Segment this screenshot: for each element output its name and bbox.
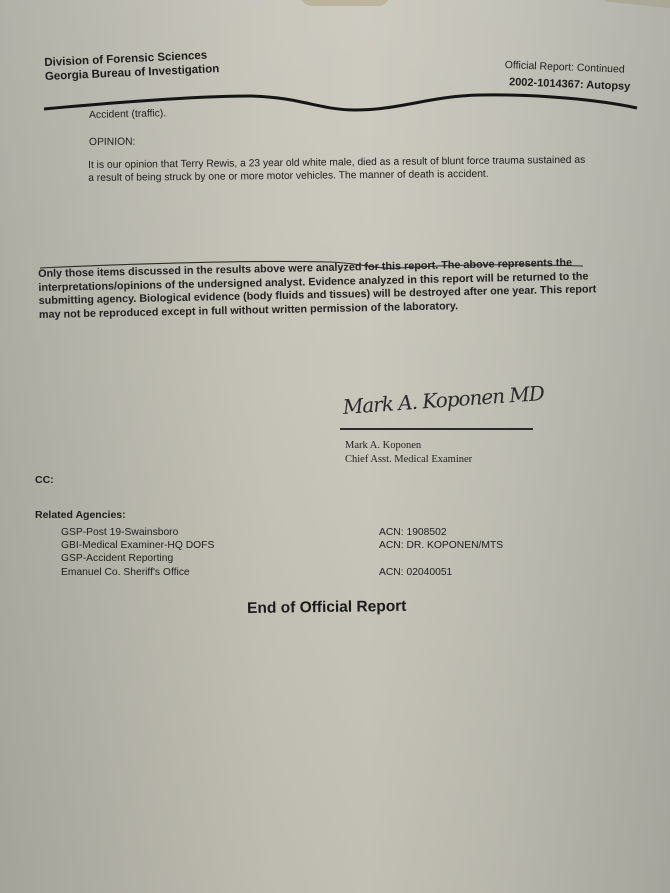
end-of-report: End of Official Report — [247, 598, 407, 618]
related-agencies-title: Related Agencies: — [35, 509, 126, 521]
tape-strip — [605, 0, 670, 9]
report-header: Official Report: Continued 2002-1014367:… — [504, 58, 631, 95]
cc-label: CC: — [35, 474, 54, 486]
agency-acn: ACN: 1908502 — [379, 526, 503, 539]
header-rule — [0, 0, 670, 893]
handwritten-signature: Mark A. Koponen MD — [342, 381, 545, 419]
cause-of-death: Accident (traffic). — [89, 108, 166, 122]
agency-acn — [379, 552, 503, 565]
examiner-block: Mark A. Koponen Chief Asst. Medical Exam… — [345, 439, 472, 466]
examiner-name: Mark A. Koponen — [345, 439, 472, 453]
lab-disclaimer: Only those items discussed in the result… — [38, 256, 599, 322]
agency-name: GSP-Accident Reporting — [61, 552, 214, 565]
opinion-heading: OPINION: — [89, 137, 135, 150]
agency-acn: ACN: 02040051 — [379, 566, 503, 579]
acn-list: ACN: 1908502 ACN: DR. KOPONEN/MTS ACN: 0… — [379, 526, 503, 579]
agency-name: GBI-Medical Examiner-HQ DOFS — [61, 539, 214, 552]
opinion-text: It is our opinion that Terry Rewis, a 23… — [88, 155, 588, 185]
agency-name: Emanuel Co. Sheriff's Office — [61, 566, 214, 579]
agency-acn: ACN: DR. KOPONEN/MTS — [379, 539, 503, 552]
agency-list: GSP-Post 19-Swainsboro GBI-Medical Exami… — [61, 526, 214, 579]
signature-line — [340, 428, 533, 430]
agency-header: Division of Forensic Sciences Georgia Bu… — [44, 48, 220, 84]
paper-lighting — [0, 0, 670, 893]
examiner-title: Chief Asst. Medical Examiner — [345, 453, 472, 467]
tape-strip — [300, 0, 390, 6]
case-number: 2002-1014367: Autopsy — [509, 75, 631, 95]
agency-name: GSP-Post 19-Swainsboro — [61, 526, 214, 539]
report-status: Official Report: Continued — [505, 59, 625, 76]
